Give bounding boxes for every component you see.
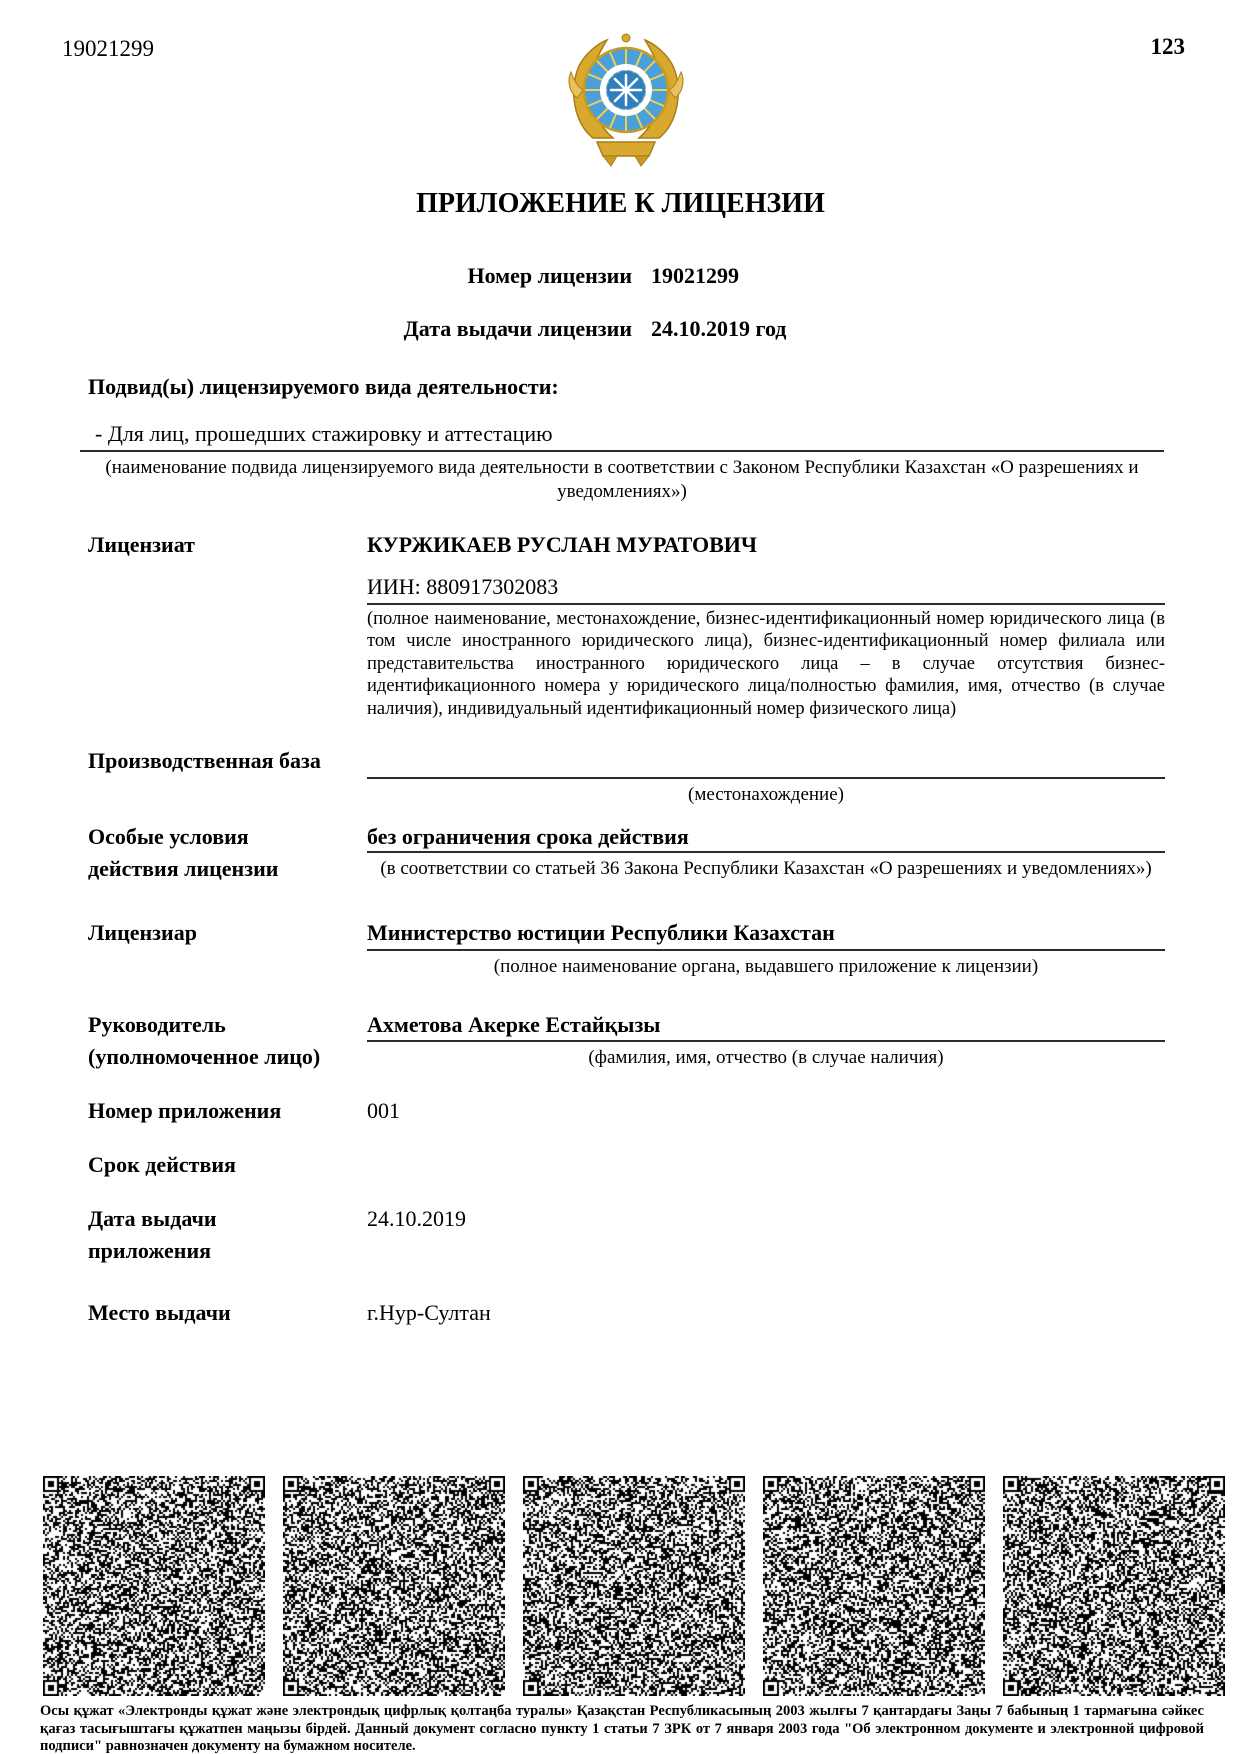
qr-code: [283, 1476, 505, 1696]
licensor-caption: (полное наименование органа, выдавшего п…: [367, 955, 1165, 979]
appendix-number-label: Номер приложения: [88, 1098, 358, 1124]
subtype-rule: [80, 450, 1164, 452]
head-label-line1: Руководитель: [88, 1012, 358, 1038]
licensor-rule: [367, 949, 1165, 951]
qr-code: [1003, 1476, 1225, 1696]
head-value: Ахметова Акерке Естайқызы: [367, 1012, 1165, 1038]
appendix-number-value: 001: [367, 1098, 1165, 1124]
appendix-place-label: Место выдачи: [88, 1300, 358, 1326]
special-conditions-caption: (в соответствии со статьей 36 Закона Рес…: [367, 857, 1165, 881]
licensee-caption: (полное наименование, местонахождение, б…: [367, 608, 1165, 720]
appendix-issue-date-label-line2: приложения: [88, 1238, 358, 1264]
head-caption: (фамилия, имя, отчество (в случае наличи…: [367, 1046, 1165, 1070]
special-conditions-rule: [367, 851, 1165, 853]
footer-legal-text: Осы құжат «Электронды құжат және электро…: [40, 1703, 1204, 1754]
licensee-name: КУРЖИКАЕВ РУСЛАН МУРАТОВИЧ: [367, 532, 1165, 558]
license-date-line: Дата выдачи лицензии 24.10.2019 год: [0, 316, 1241, 342]
production-base-caption: (местонахождение): [367, 783, 1165, 807]
special-conditions-label-line2: действия лицензии: [88, 856, 358, 882]
qr-code: [763, 1476, 985, 1696]
document-number-header: 19021299: [62, 36, 154, 62]
license-date-value: 24.10.2019 год: [651, 316, 786, 342]
appendix-place-value: г.Нур-Султан: [367, 1300, 1165, 1326]
subtype-item: - Для лиц, прошедших стажировку и аттест…: [95, 421, 1155, 447]
license-number-line: Номер лицензии 19021299: [0, 263, 1241, 289]
appendix-issue-date-label-line1: Дата выдачи: [88, 1206, 358, 1232]
special-conditions-label-line1: Особые условия: [88, 824, 358, 850]
kazakhstan-emblem-icon: [563, 26, 689, 170]
head-rule: [367, 1040, 1165, 1042]
subtype-heading: Подвид(ы) лицензируемого вида деятельнос…: [88, 374, 1168, 400]
subtype-caption-line1: (наименование подвида лицензируемого вид…: [80, 456, 1164, 480]
appendix-issue-date-value: 24.10.2019: [367, 1206, 1165, 1232]
license-date-label: Дата выдачи лицензии: [0, 316, 632, 342]
licensee-iin: ИИН: 880917302083: [367, 574, 1165, 600]
production-base-label: Производственная база: [88, 748, 358, 774]
licensee-rule: [367, 603, 1165, 605]
license-number-value: 19021299: [651, 263, 739, 289]
licensor-label: Лицензиар: [88, 920, 358, 946]
subtype-caption-line2: уведомлениях»): [80, 480, 1164, 504]
qr-code: [523, 1476, 745, 1696]
page-number: 123: [1095, 34, 1185, 60]
special-conditions-value: без ограничения срока действия: [367, 824, 1165, 850]
licensee-label: Лицензиат: [88, 532, 358, 558]
page-title: ПРИЛОЖЕНИЕ К ЛИЦЕНЗИИ: [0, 188, 1241, 220]
signature-barcode-row: [43, 1476, 1225, 1696]
appendix-term-label: Срок действия: [88, 1152, 358, 1178]
license-appendix-page: 19021299 123: [0, 0, 1241, 1754]
subtype-caption: (наименование подвида лицензируемого вид…: [80, 456, 1164, 504]
qr-code: [43, 1476, 265, 1696]
licensor-value: Министерство юстиции Республики Казахста…: [367, 920, 1165, 946]
production-base-rule: [367, 777, 1165, 779]
license-number-label: Номер лицензии: [0, 263, 632, 289]
head-label-line2: (уполномоченное лицо): [88, 1044, 358, 1070]
